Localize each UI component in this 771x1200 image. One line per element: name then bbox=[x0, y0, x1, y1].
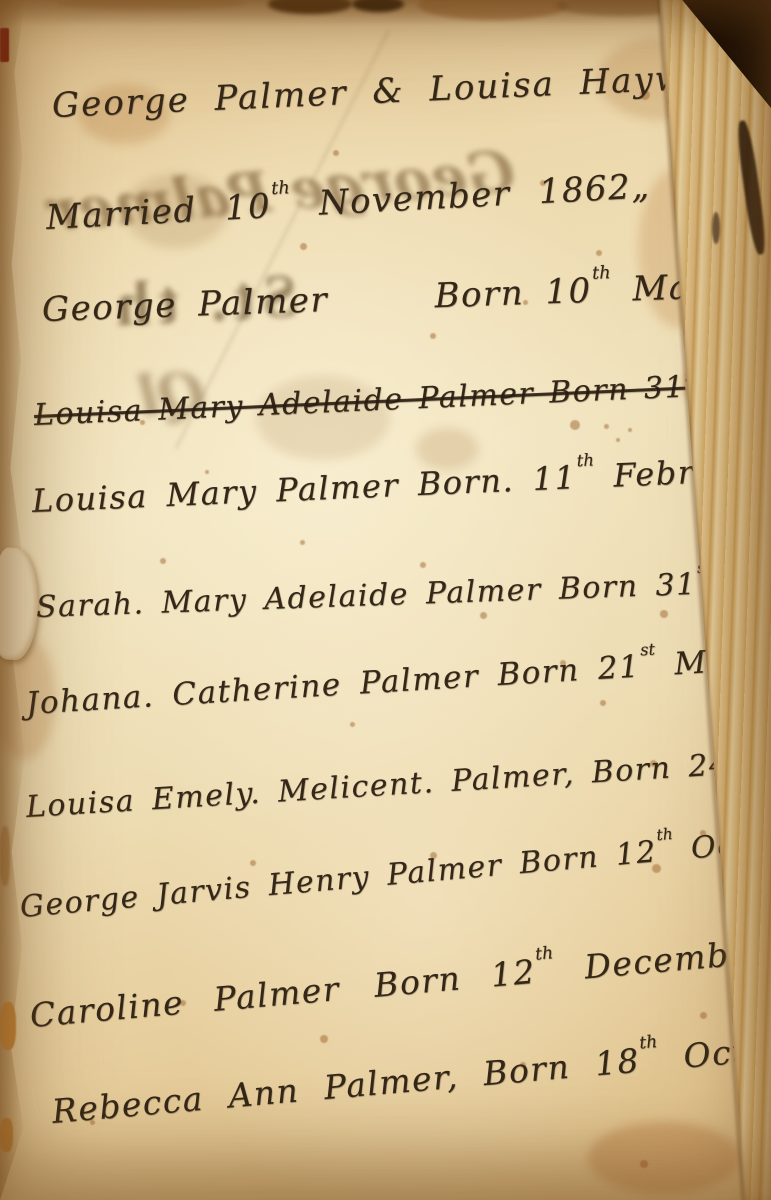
torn-paper-flap bbox=[0, 547, 41, 661]
foxing-spot bbox=[250, 860, 256, 866]
paper-chip bbox=[0, 826, 10, 886]
register-line-1: George Palmer & Louisa Hayward bbox=[51, 56, 751, 126]
foxing-spot bbox=[640, 1160, 648, 1168]
stain bbox=[588, 1122, 740, 1194]
foxing-spot bbox=[570, 420, 580, 430]
register-line-8: Louisa Emely. Melicent. Palmer, Born 24t… bbox=[25, 735, 771, 825]
foxing-spot bbox=[320, 1035, 328, 1043]
foxing-spot bbox=[300, 540, 305, 545]
foxing-spot bbox=[596, 250, 602, 256]
red-binding-mark bbox=[0, 28, 9, 62]
foxing-spot bbox=[420, 562, 426, 568]
register-line-7: Johana. Catherine Palmer Born 21st March… bbox=[25, 633, 771, 722]
register-line-5: Louisa Mary Palmer Born. 11th February 1… bbox=[31, 445, 771, 520]
foxing-spot bbox=[350, 722, 355, 727]
foxing-spot bbox=[430, 333, 436, 339]
register-line-10: Caroline Palmer Born 12th December 1872 bbox=[28, 921, 771, 1035]
register-line-9: George Jarvis Henry Palmer Born 12th Oct… bbox=[18, 811, 771, 925]
foxing-spot bbox=[700, 1012, 707, 1019]
foxing-spot bbox=[628, 428, 632, 432]
book-cover-notch bbox=[712, 212, 720, 244]
foxing-spot bbox=[480, 612, 487, 619]
foxing-spot bbox=[660, 610, 668, 618]
foxing-spot bbox=[160, 558, 166, 564]
foxing-spot bbox=[604, 424, 609, 429]
register-line-6: Sarah. Mary Adelaide Palmer Born 31st Ju… bbox=[35, 560, 771, 625]
paper-chip bbox=[0, 1002, 16, 1050]
paper-chip bbox=[0, 1118, 13, 1152]
register-page: George PalmerSt. thQl George Palmer & Lo… bbox=[0, 0, 771, 1200]
foxing-spot bbox=[616, 438, 620, 442]
foxing-spot bbox=[300, 243, 307, 250]
register-line-11: Rebecca Ann Palmer, Born 18th Oct. 1875 bbox=[50, 1020, 771, 1131]
foxing-spot bbox=[600, 700, 606, 706]
